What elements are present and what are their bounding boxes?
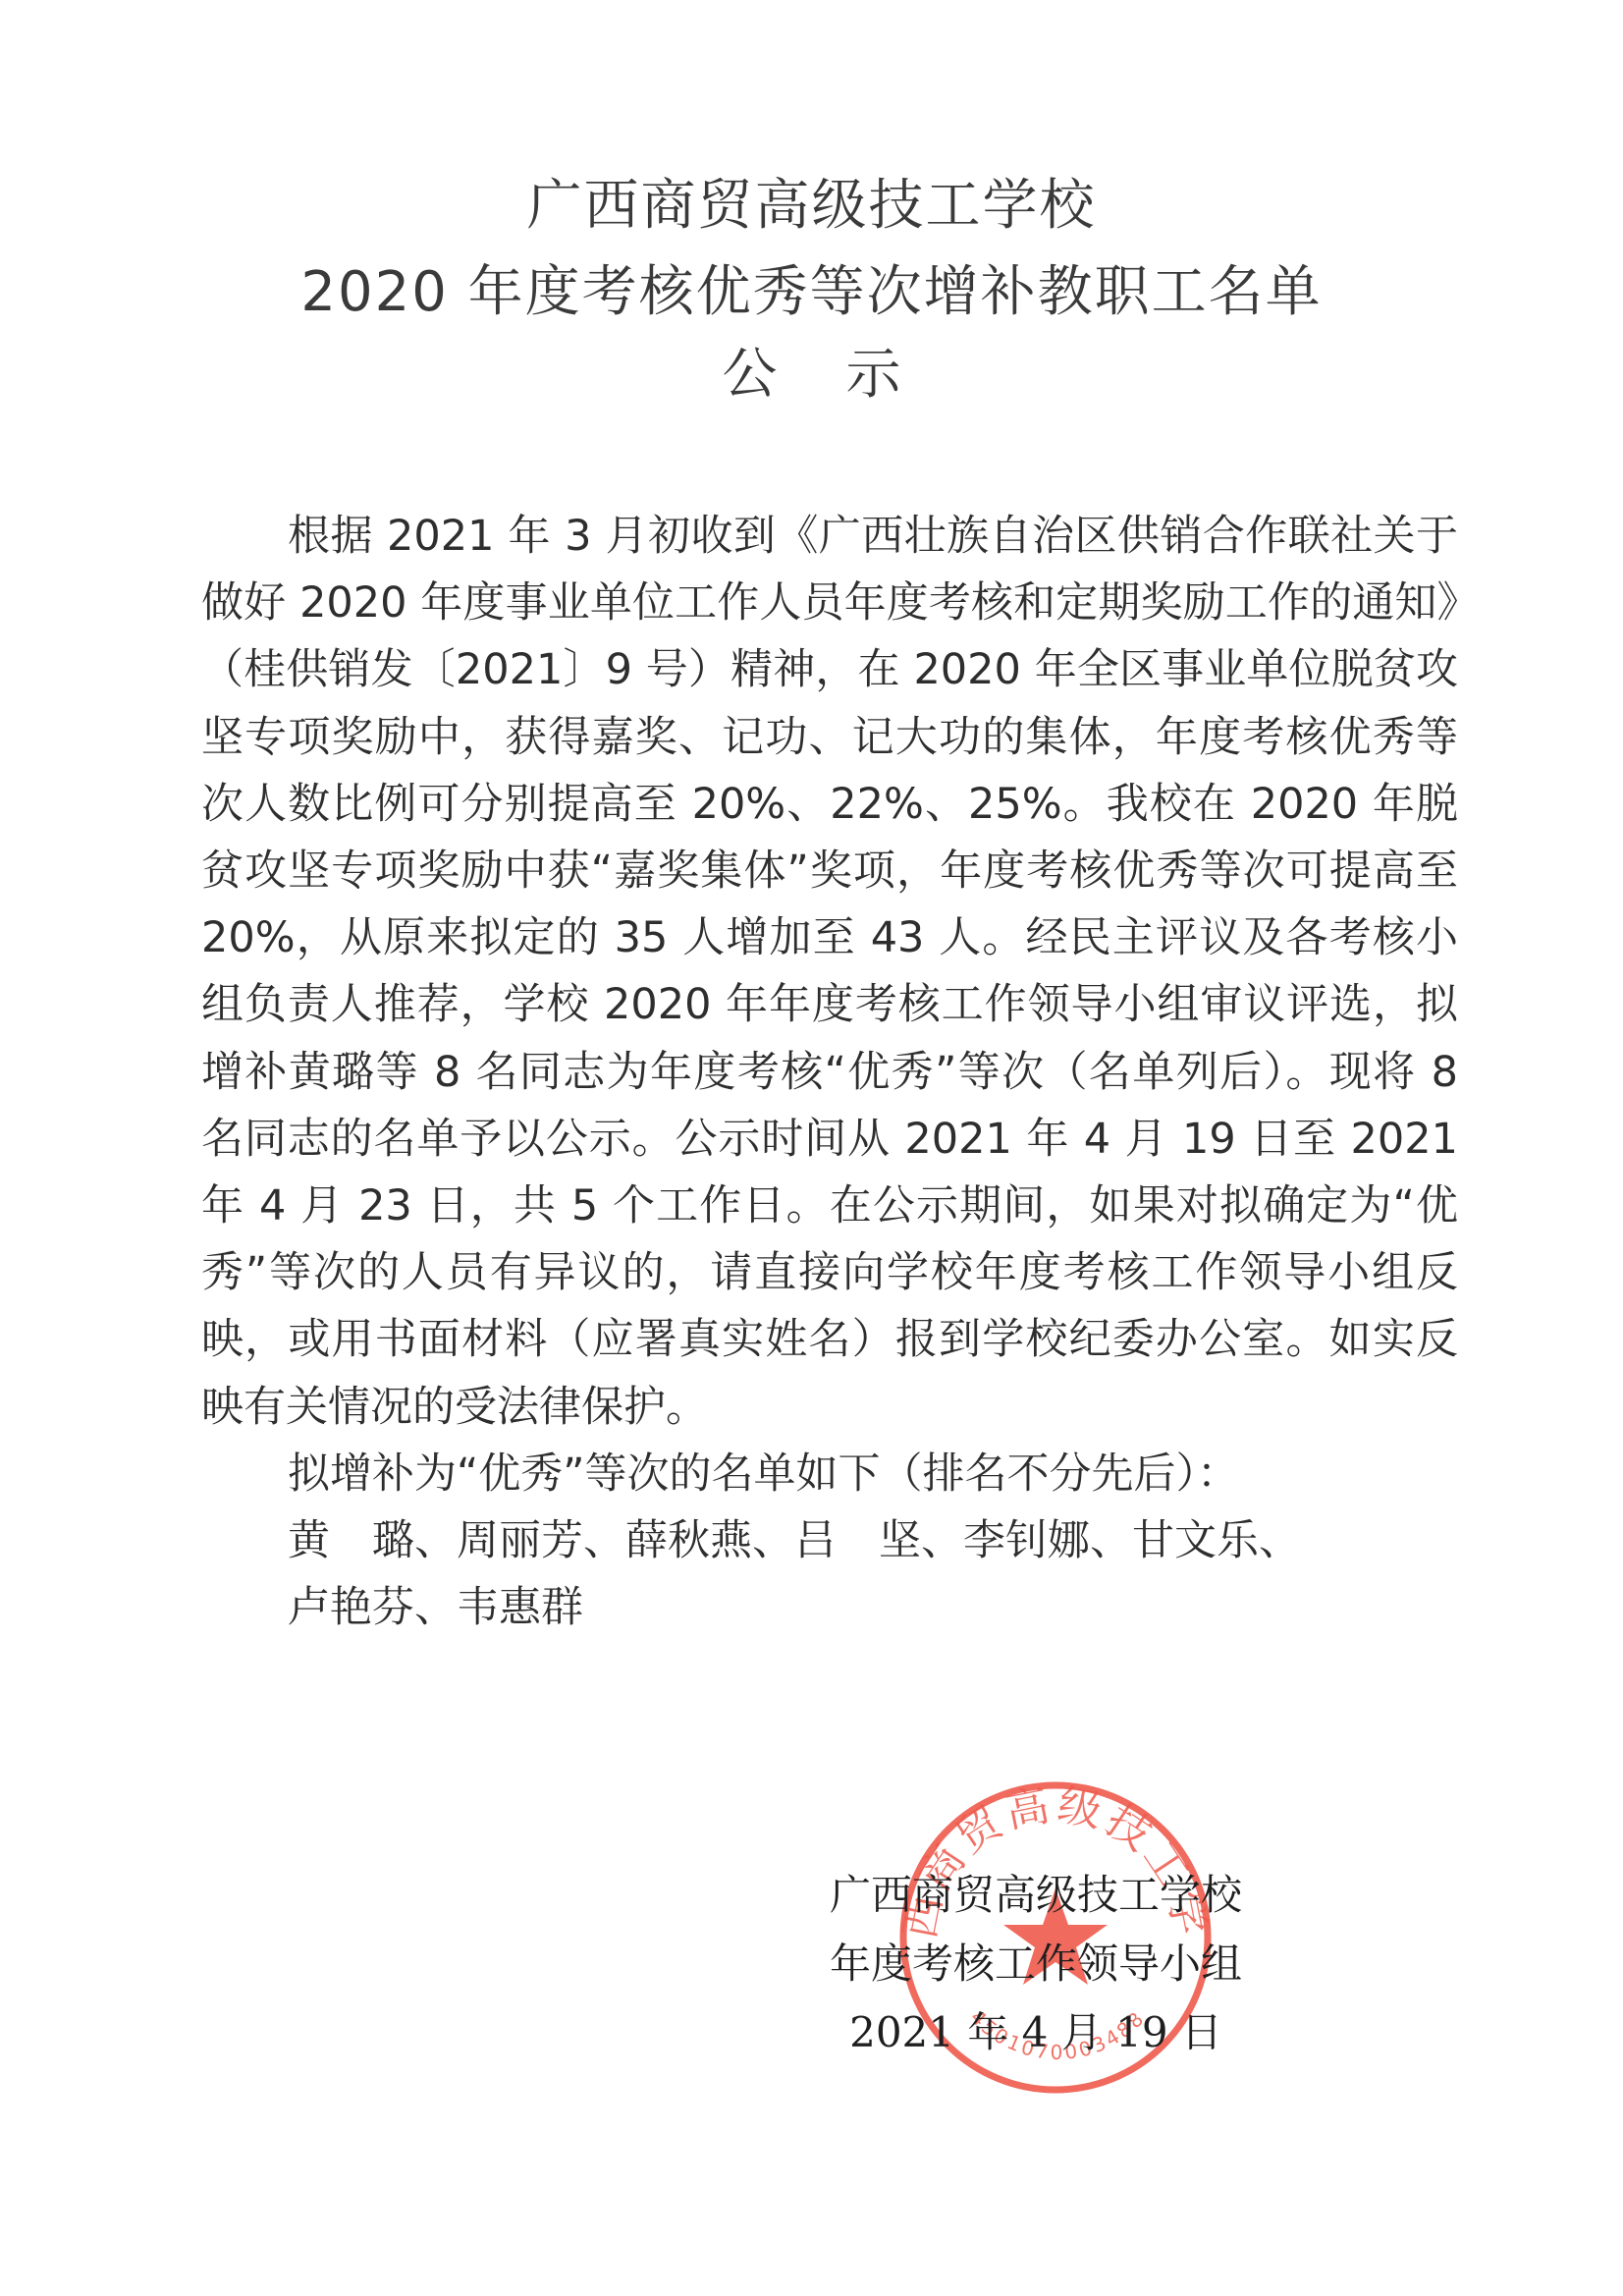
names-list-line-1: 黄 璐、周丽芳、薛秋燕、吕 坚、李钊娜、甘文乐、 — [201, 1507, 1458, 1574]
document-body: 根据 2021 年 3 月初收到《广西壮族自治区供销合作联社关于做好 2020 … — [201, 503, 1458, 1641]
names-list-line-2: 卢艳芬、韦惠群 — [201, 1574, 1458, 1641]
signature-date: 2021 年 4 月 19 日 — [805, 2008, 1267, 2057]
document-title-main: 2020 年度考核优秀等次增补教职工名单 — [0, 261, 1623, 324]
document-title-notice: 公示 — [0, 344, 1623, 407]
body-paragraph: 根据 2021 年 3 月初收到《广西壮族自治区供销合作联社关于做好 2020 … — [201, 503, 1458, 1441]
document-title-school: 广西商贸高级技工学校 — [0, 175, 1623, 238]
signature-group: 年度考核工作领导小组 — [805, 1940, 1267, 1989]
names-list-intro: 拟增补为“优秀”等次的名单如下（排名不分先后）： — [201, 1441, 1458, 1507]
signature-organization: 广西商贸高级技工学校 — [805, 1871, 1267, 1920]
